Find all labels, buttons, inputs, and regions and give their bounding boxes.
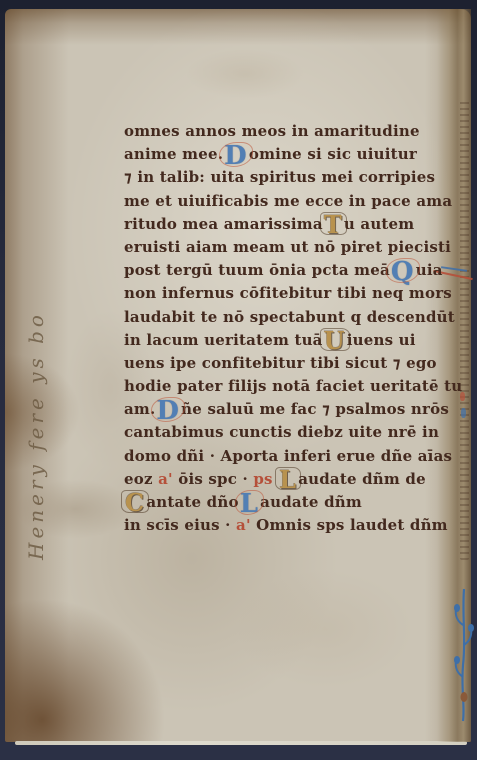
manuscript-line: uens ipe confitebitur tibi sicut ⁊ ego bbox=[124, 352, 460, 375]
manuscript-photo: Henery fere ys bo omnes annos meos in am… bbox=[0, 0, 477, 760]
manuscript-line: in scīs eius · a' Omnis sps laudet dñm bbox=[124, 514, 460, 537]
manuscript-line: omnes annos meos in amaritudine bbox=[124, 120, 460, 143]
line-text: ñe saluū me fac ⁊ psalmos nrōs bbox=[181, 400, 449, 418]
line-text: post tergū tuum ōnia pcta meā bbox=[124, 261, 390, 279]
manuscript-line: eruisti aiam meam ut nō piret piecisti bbox=[124, 236, 460, 259]
parchment-stain bbox=[185, 49, 305, 99]
line-text: non infernus cōfitebitur tibi neq mors bbox=[124, 284, 452, 302]
text-block: omnes annos meos in amaritudineanime mee… bbox=[124, 120, 460, 537]
rubric-text: a' bbox=[153, 470, 179, 488]
decorated-initial: T bbox=[324, 215, 342, 235]
manuscript-line: anime mee.Domine si sic uiuitur bbox=[124, 143, 460, 166]
decorated-initial: L bbox=[279, 470, 296, 490]
line-text: domo dñi · Aporta inferi erue dñe aīas bbox=[124, 447, 452, 465]
next-page-edge-text bbox=[460, 100, 469, 560]
line-text: cantabimus cunctis diebz uite nrē in bbox=[124, 423, 439, 441]
manuscript-line: am.Dñe saluū me fac ⁊ psalmos nrōs bbox=[124, 398, 460, 421]
line-text: antate dño bbox=[146, 493, 238, 511]
decorated-initial: L bbox=[240, 494, 258, 514]
line-text: iuens ui bbox=[347, 331, 416, 349]
line-text: audate dñm bbox=[260, 493, 362, 511]
manuscript-line: ⁊ in talib: uita spiritus mei corripies bbox=[124, 166, 460, 189]
line-text: eoz bbox=[124, 470, 153, 488]
line-text: uia bbox=[416, 261, 443, 279]
line-text: uens ipe confitebitur tibi sicut ⁊ ego bbox=[124, 354, 437, 372]
manuscript-line: post tergū tuum ōnia pcta meāQuia bbox=[124, 259, 460, 282]
decorated-initial: C bbox=[125, 493, 144, 513]
line-text: audate dñm de bbox=[298, 470, 426, 488]
manuscript-line: laudabit te nō spectabunt q descendūt bbox=[124, 306, 460, 329]
line-text: omine si sic uiuitur bbox=[249, 145, 417, 163]
manuscript-line: in lacum ueritatem tuāUiuens ui bbox=[124, 329, 460, 352]
line-text: laudabit te nō spectabunt q descendūt bbox=[124, 308, 455, 326]
manuscript-line: hodie pater filijs notā faciet ueritatē … bbox=[124, 375, 460, 398]
line-text: ōis spc · bbox=[178, 470, 248, 488]
line-text: me et uiuificabis me ecce in pace ama bbox=[124, 192, 452, 210]
marginalia-inscription: Henery fere ys bo bbox=[24, 180, 66, 560]
line-text: in lacum ueritatem tuā bbox=[124, 331, 323, 349]
decorated-initial: D bbox=[224, 146, 247, 166]
decorated-initial: Q bbox=[391, 262, 414, 282]
decorated-initial: U bbox=[324, 331, 345, 351]
line-text: eruisti aiam meam ut nō piret piecisti bbox=[124, 238, 451, 256]
manuscript-line: Cantate dñoLaudate dñm bbox=[124, 491, 460, 514]
line-text: omnes annos meos in amaritudine bbox=[124, 122, 420, 140]
line-text: ritudo mea amarissima bbox=[124, 215, 323, 233]
line-text: Omnis sps laudet dñm bbox=[256, 516, 448, 534]
manuscript-line: eoz a' ōis spc · ps Laudate dñm de bbox=[124, 468, 460, 491]
line-text: ⁊ in talib: uita spiritus mei corripies bbox=[124, 168, 435, 186]
line-text: anime mee. bbox=[124, 145, 223, 163]
line-text: hodie pater filijs notā faciet ueritatē … bbox=[124, 377, 462, 395]
manuscript-line: me et uiuificabis me ecce in pace ama bbox=[124, 190, 460, 213]
rubric-text: ps bbox=[248, 470, 278, 488]
decorated-initial: D bbox=[156, 401, 179, 421]
line-text: u autem bbox=[344, 215, 415, 233]
edge-foliate-flourish-icon bbox=[452, 585, 474, 725]
manuscript-line: ritudo mea amarissimaTu autem bbox=[124, 213, 460, 236]
line-text: in scīs eius · bbox=[124, 516, 231, 534]
parchment-stain bbox=[235, 569, 415, 689]
